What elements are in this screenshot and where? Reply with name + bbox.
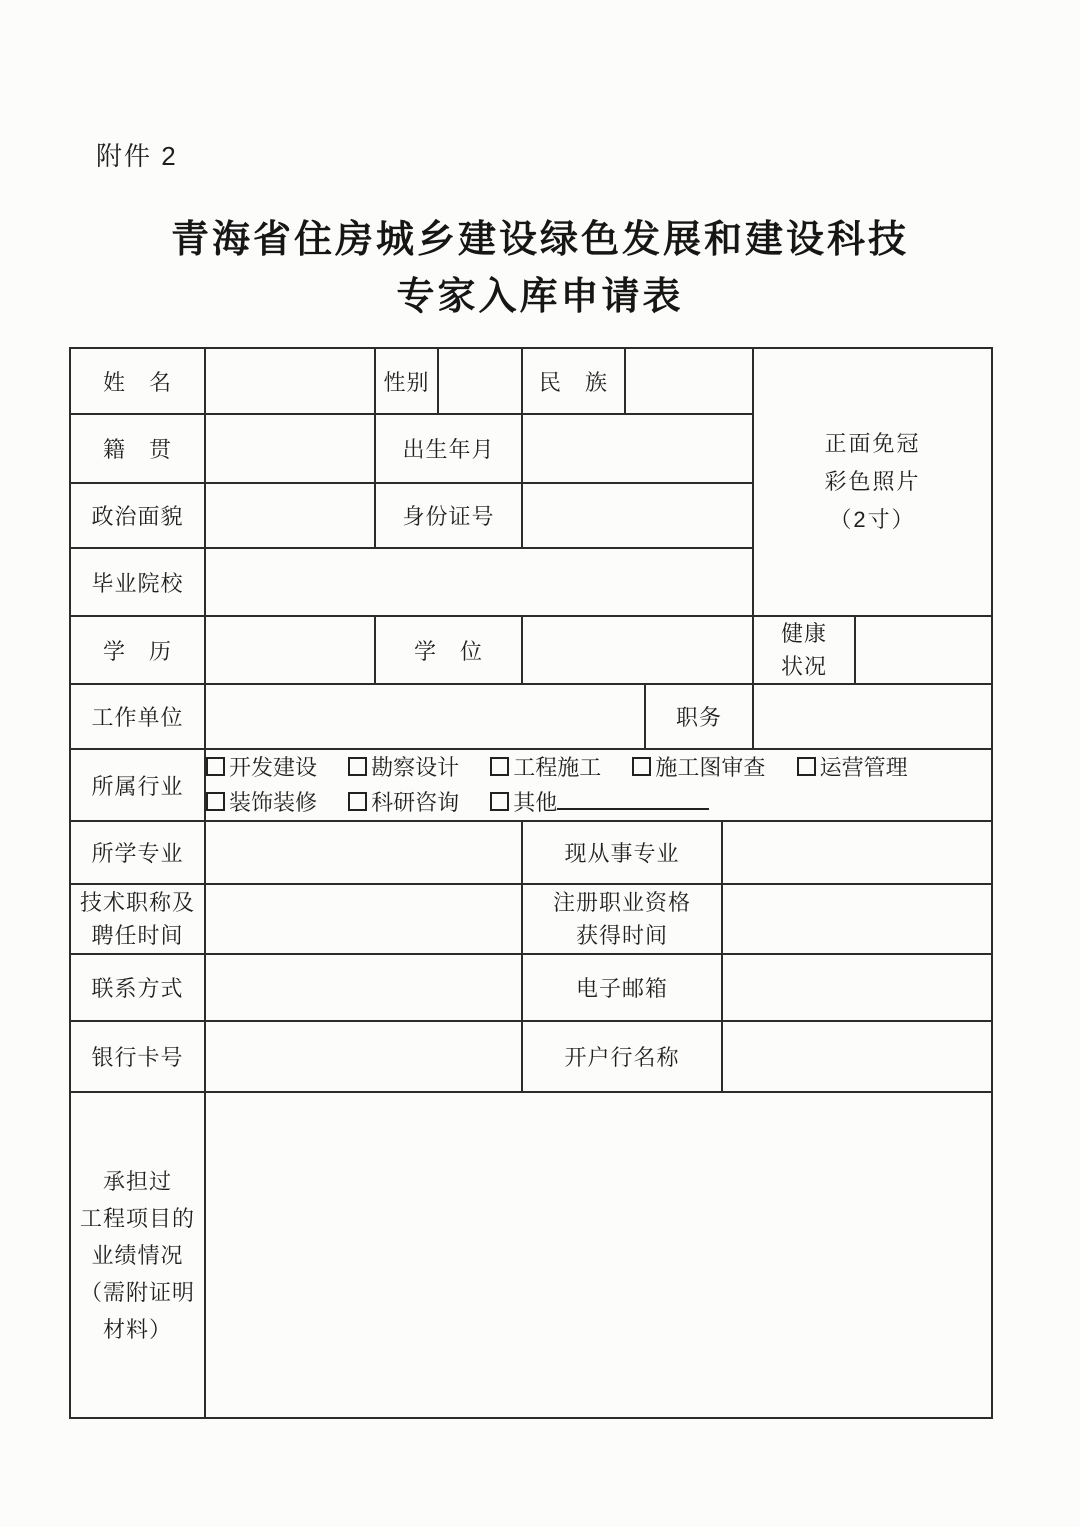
industry-option-label: 开发建设 bbox=[229, 755, 317, 780]
graduate-school-value-cell bbox=[205, 548, 753, 616]
industry-option-development: 开发建设 bbox=[206, 750, 317, 785]
row-education: 学 历 学 位 健康 状况 bbox=[70, 616, 992, 684]
degree-label: 学 位 bbox=[375, 616, 522, 684]
industry-option-label: 勘察设计 bbox=[371, 755, 459, 780]
bank-branch-value-cell bbox=[722, 1021, 992, 1092]
industry-option-label: 施工图审查 bbox=[655, 755, 765, 780]
industry-option-label: 科研咨询 bbox=[371, 790, 459, 815]
industry-option-label: 装饰装修 bbox=[229, 790, 317, 815]
health-status-label: 健康 状况 bbox=[753, 616, 855, 684]
bank-card-value-cell bbox=[205, 1021, 522, 1092]
name-value-cell bbox=[205, 348, 375, 414]
position-value-cell bbox=[753, 684, 992, 749]
health-status-value-cell bbox=[855, 616, 992, 684]
native-place-value-cell bbox=[205, 414, 375, 483]
current-major-label: 现从事专业 bbox=[522, 821, 722, 884]
industry-option-label: 其他 bbox=[513, 790, 557, 815]
industry-options-cell: 开发建设 勘察设计 工程施工 施工图审查 运营管理 装饰装修 科研咨询 其他 bbox=[205, 749, 992, 821]
industry-option-survey-design: 勘察设计 bbox=[348, 750, 459, 785]
registered-qualification-value-cell bbox=[722, 884, 992, 954]
row-bank-card: 银行卡号 开户行名称 bbox=[70, 1021, 992, 1092]
work-unit-value-cell bbox=[205, 684, 645, 749]
technical-title-label: 技术职称及 聘任时间 bbox=[70, 884, 205, 954]
contact-label: 联系方式 bbox=[70, 954, 205, 1021]
checkbox-icon bbox=[348, 757, 367, 776]
row-work-unit: 工作单位 职务 bbox=[70, 684, 992, 749]
industry-option-research-consulting: 科研咨询 bbox=[348, 785, 459, 820]
industry-options-line-2: 装饰装修 科研咨询 其他 bbox=[206, 785, 991, 820]
position-label: 职务 bbox=[645, 684, 753, 749]
industry-label: 所属行业 bbox=[70, 749, 205, 821]
industry-option-decoration: 装饰装修 bbox=[206, 785, 317, 820]
photo-box: 正面免冠 彩色照片 （2寸） bbox=[753, 348, 992, 616]
native-place-label: 籍 贯 bbox=[70, 414, 205, 483]
row-studied-major: 所学专业 现从事专业 bbox=[70, 821, 992, 884]
birth-date-label: 出生年月 bbox=[375, 414, 522, 483]
industry-option-construction: 工程施工 bbox=[490, 750, 601, 785]
birth-date-value-cell bbox=[522, 414, 753, 483]
achievements-label: 承担过 工程项目的 业绩情况 （需附证明 材料） bbox=[70, 1092, 205, 1418]
technical-title-value-cell bbox=[205, 884, 522, 954]
checkbox-icon bbox=[632, 757, 651, 776]
industry-option-drawing-review: 施工图审查 bbox=[632, 750, 765, 785]
political-status-value-cell bbox=[205, 483, 375, 548]
attachment-label: 附件 2 bbox=[96, 136, 178, 173]
achievements-value-cell bbox=[205, 1092, 992, 1418]
checkbox-icon bbox=[797, 757, 816, 776]
scanned-form-page: 附件 2 青海省住房城乡建设绿色发展和建设科技 专家入库申请表 姓 名 性别 民… bbox=[0, 0, 1080, 1527]
registered-qualification-label: 注册职业资格 获得时间 bbox=[522, 884, 722, 954]
studied-major-value-cell bbox=[205, 821, 522, 884]
gender-label: 性别 bbox=[375, 348, 438, 414]
industry-option-label: 运营管理 bbox=[820, 755, 908, 780]
email-label: 电子邮箱 bbox=[522, 954, 722, 1021]
checkbox-icon bbox=[490, 757, 509, 776]
current-major-value-cell bbox=[722, 821, 992, 884]
id-number-value-cell bbox=[522, 483, 753, 548]
industry-option-label: 工程施工 bbox=[513, 755, 601, 780]
education-value-cell bbox=[205, 616, 375, 684]
industry-option-operation-management: 运营管理 bbox=[797, 750, 908, 785]
name-label: 姓 名 bbox=[70, 348, 205, 414]
row-name: 姓 名 性别 民 族 正面免冠 彩色照片 （2寸） bbox=[70, 348, 992, 414]
page-title: 青海省住房城乡建设绿色发展和建设科技 专家入库申请表 bbox=[0, 212, 1080, 326]
email-value-cell bbox=[722, 954, 992, 1021]
checkbox-icon bbox=[348, 792, 367, 811]
graduate-school-label: 毕业院校 bbox=[70, 548, 205, 616]
row-contact: 联系方式 电子邮箱 bbox=[70, 954, 992, 1021]
studied-major-label: 所学专业 bbox=[70, 821, 205, 884]
work-unit-label: 工作单位 bbox=[70, 684, 205, 749]
political-status-label: 政治面貌 bbox=[70, 483, 205, 548]
application-form-table: 姓 名 性别 民 族 正面免冠 彩色照片 （2寸） 籍 贯 出生年月 政治面貌 … bbox=[69, 347, 993, 1419]
checkbox-icon bbox=[490, 792, 509, 811]
id-number-label: 身份证号 bbox=[375, 483, 522, 548]
contact-value-cell bbox=[205, 954, 522, 1021]
row-achievements: 承担过 工程项目的 业绩情况 （需附证明 材料） bbox=[70, 1092, 992, 1418]
bank-branch-label: 开户行名称 bbox=[522, 1021, 722, 1092]
education-label: 学 历 bbox=[70, 616, 205, 684]
industry-option-other: 其他 bbox=[490, 785, 709, 820]
bank-card-label: 银行卡号 bbox=[70, 1021, 205, 1092]
degree-value-cell bbox=[522, 616, 753, 684]
row-industry: 所属行业 开发建设 勘察设计 工程施工 施工图审查 运营管理 装饰装修 科研咨询… bbox=[70, 749, 992, 821]
row-technical-title: 技术职称及 聘任时间 注册职业资格 获得时间 bbox=[70, 884, 992, 954]
ethnicity-label: 民 族 bbox=[522, 348, 625, 414]
other-option-blank-line bbox=[557, 808, 709, 810]
checkbox-icon bbox=[206, 757, 225, 776]
checkbox-icon bbox=[206, 792, 225, 811]
industry-options-line-1: 开发建设 勘察设计 工程施工 施工图审查 运营管理 bbox=[206, 750, 991, 785]
ethnicity-value-cell bbox=[625, 348, 753, 414]
gender-value-cell bbox=[438, 348, 522, 414]
